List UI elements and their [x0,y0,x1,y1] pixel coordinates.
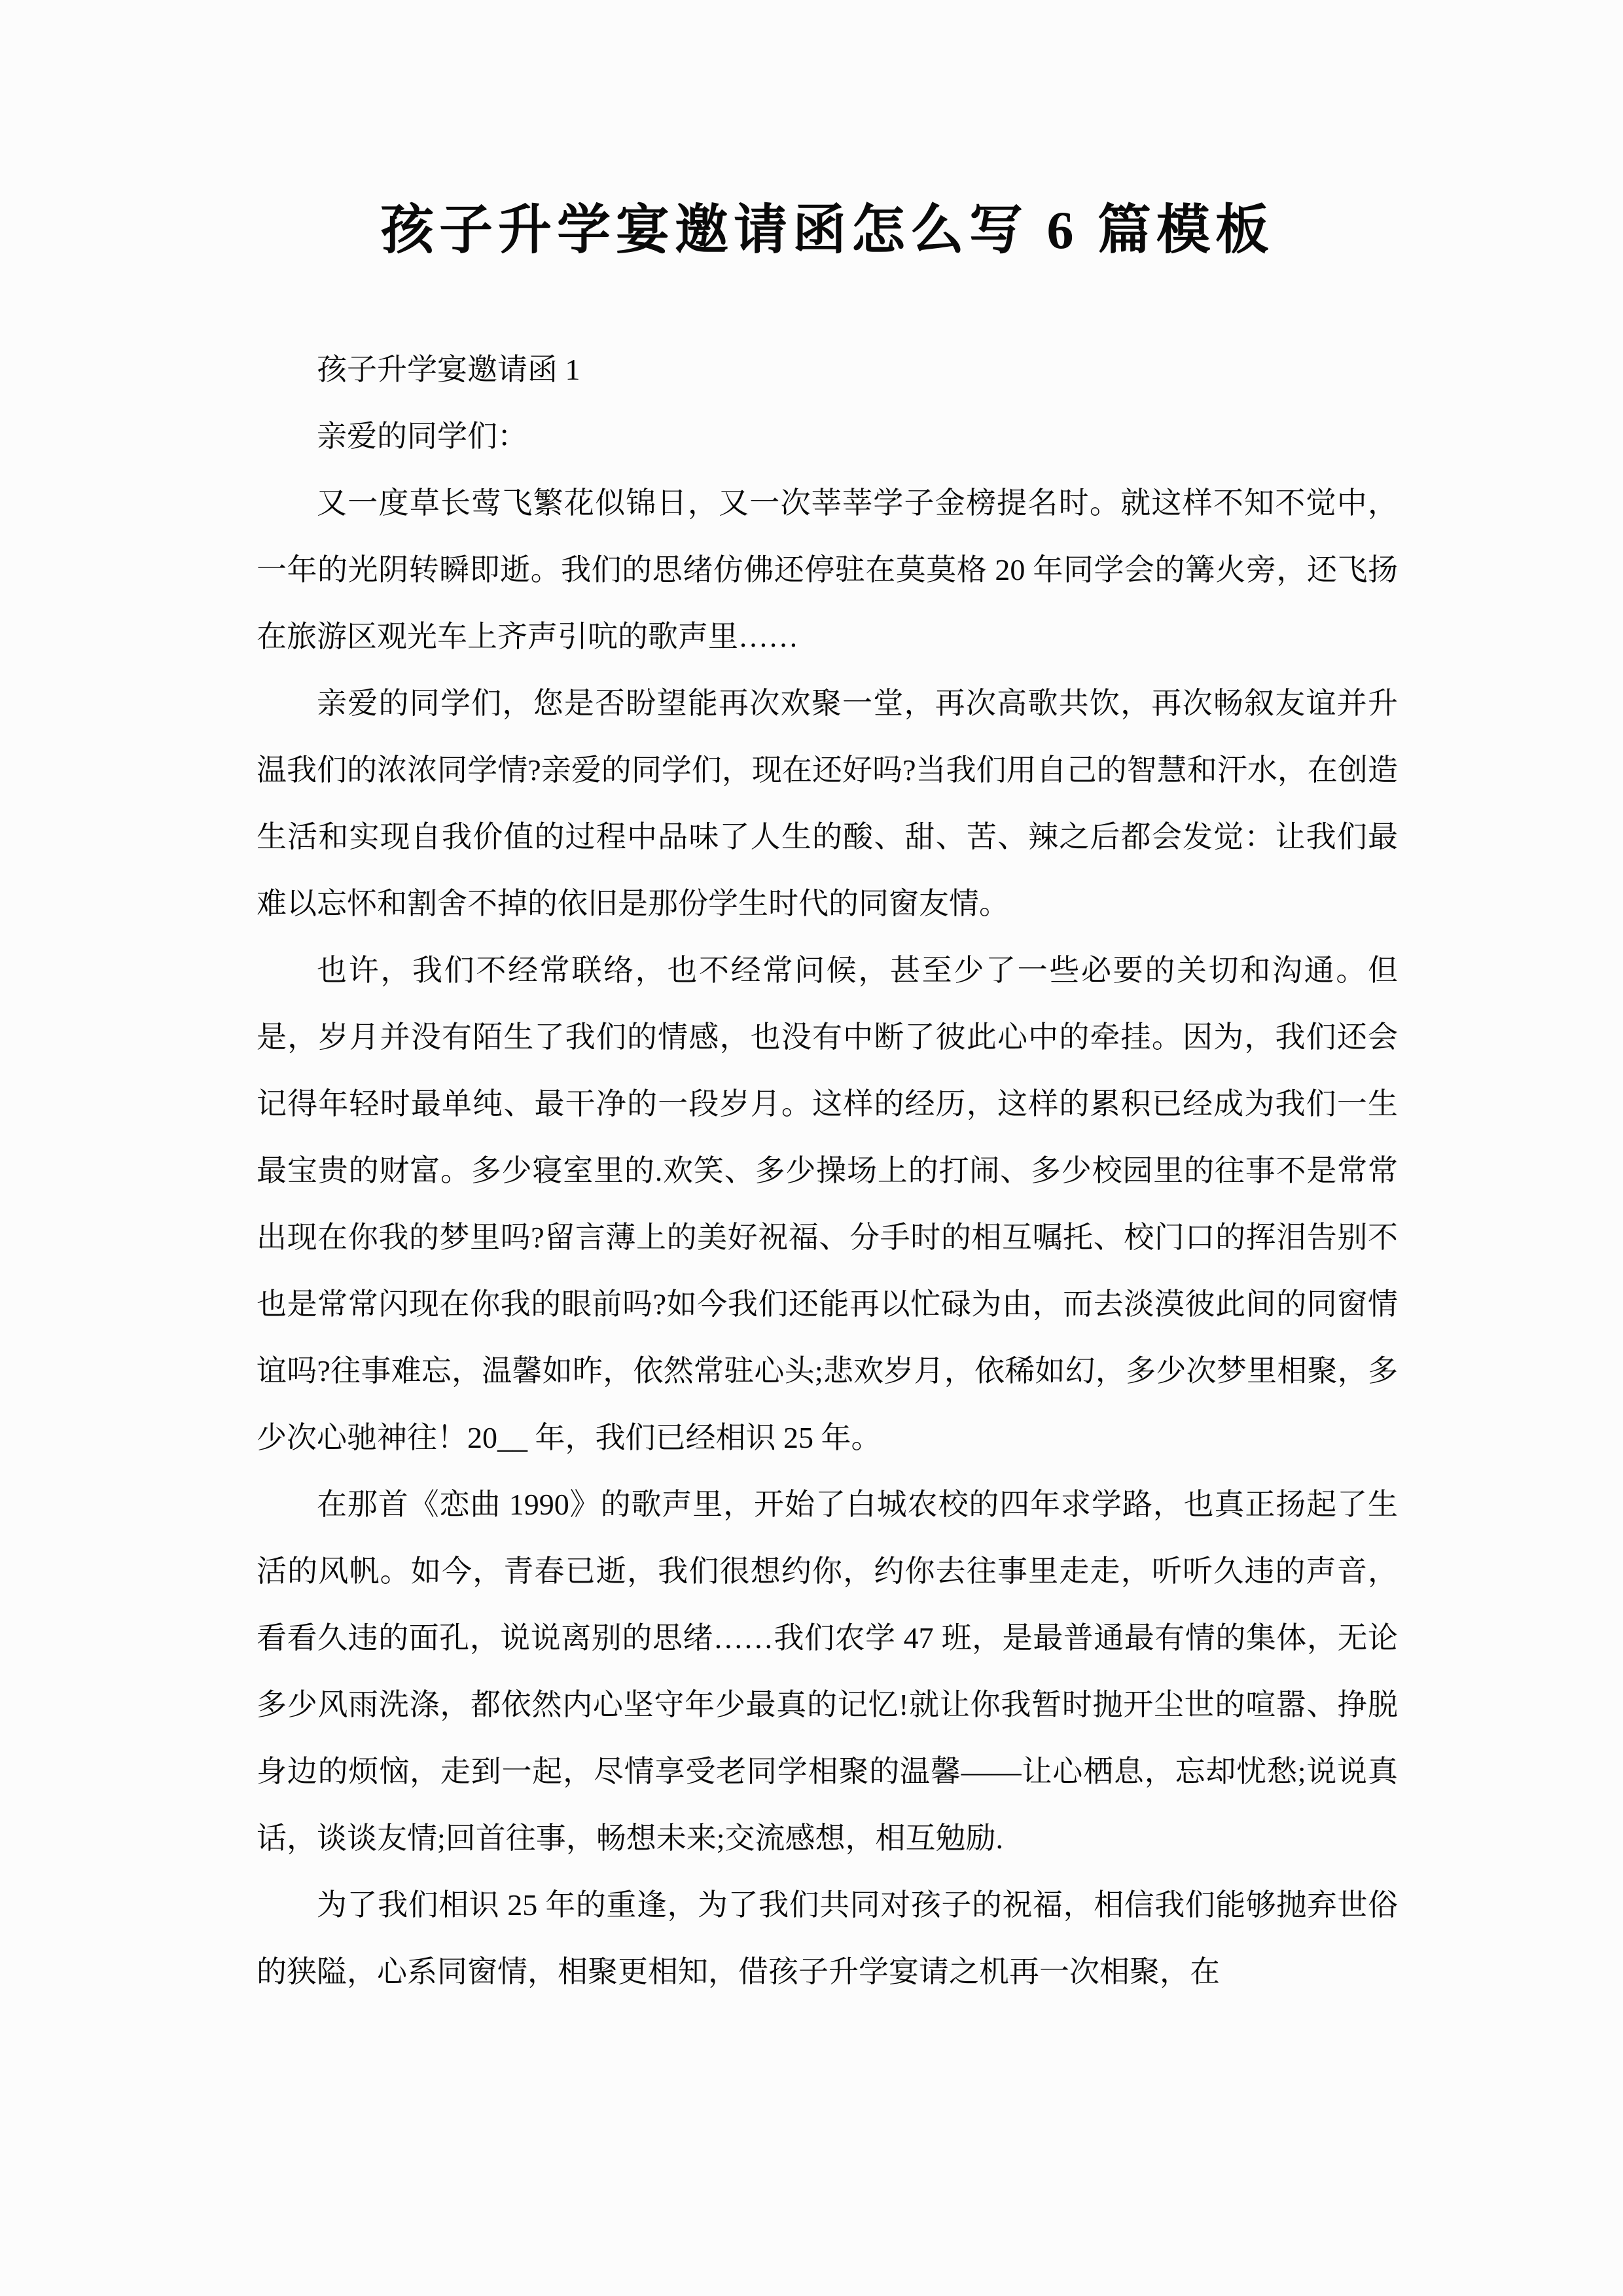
document-title: 孩子升学宴邀请函怎么写 6 篇模板 [257,200,1398,261]
paragraph-5: 为了我们相识 25 年的重逢，为了我们共同对孩子的祝福，相信我们能够抛弃世俗的狭… [257,1872,1398,2005]
paragraph-3: 也许，我们不经常联络，也不经常问候，甚至少了一些必要的关切和沟通。但是，岁月并没… [257,937,1398,1471]
document-content: 孩子升学宴邀请函怎么写 6 篇模板 孩子升学宴邀请函 1 亲爱的同学们： 又一度… [0,0,1623,2005]
paragraph-1: 又一度草长莺飞繁花似锦日，又一次莘莘学子金榜提名时。就这样不知不觉中，一年的光阴… [257,470,1398,670]
paragraph-2: 亲爱的同学们，您是否盼望能再次欢聚一堂，再次高歌共饮，再次畅叙友谊并升温我们的浓… [257,670,1398,937]
document-body: 孩子升学宴邀请函 1 亲爱的同学们： 又一度草长莺飞繁花似锦日，又一次莘莘学子金… [257,336,1398,2005]
paragraph-section-label: 孩子升学宴邀请函 1 [257,336,1398,403]
paragraph-4: 在那首《恋曲 1990》的歌声里，开始了白城农校的四年求学路，也真正扬起了生活的… [257,1471,1398,1872]
document-page: 孩子升学宴邀请函怎么写 6 篇模板 孩子升学宴邀请函 1 亲爱的同学们： 又一度… [0,0,1623,2296]
paragraph-salutation: 亲爱的同学们： [257,403,1398,470]
